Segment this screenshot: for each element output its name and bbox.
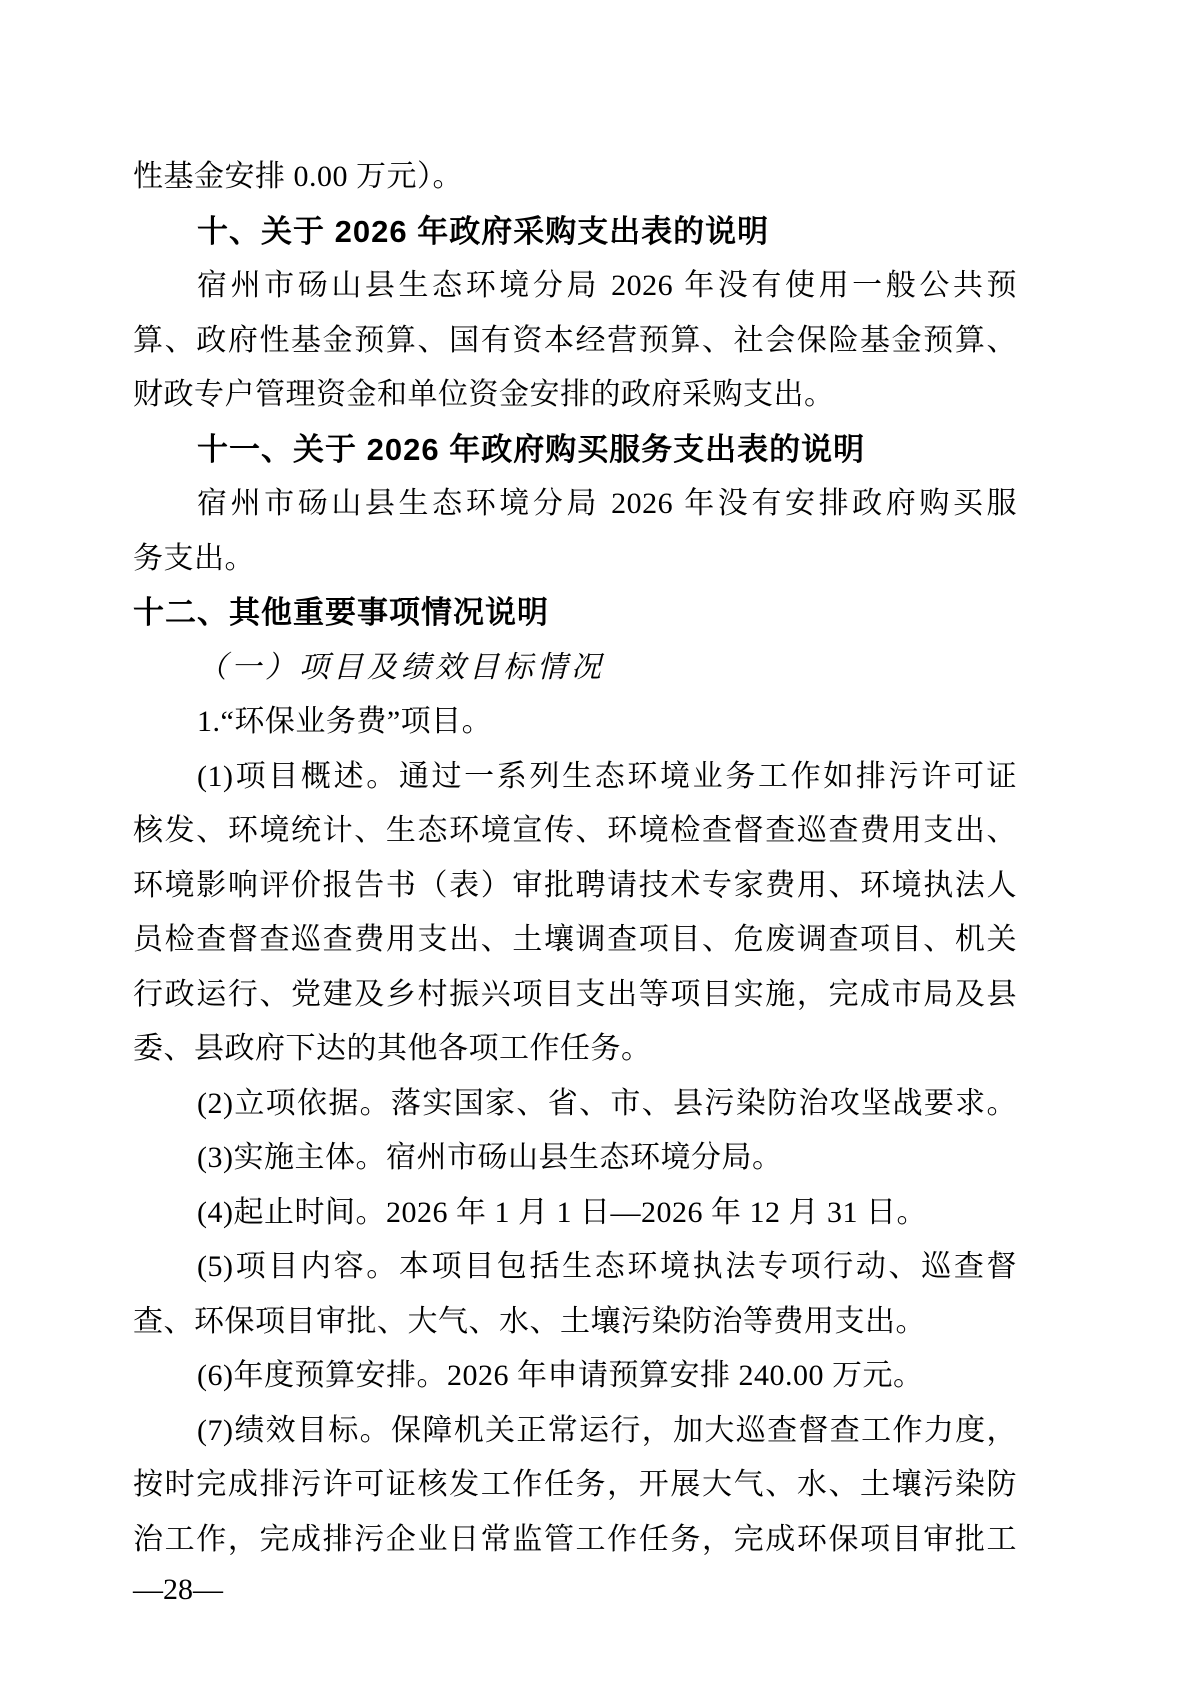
paragraph-line: 查、环保项目审批、大气、水、土壤污染防治等费用支出。 — [133, 1295, 1017, 1350]
document-page: 性基金安排 0.00 万元）。十、关于 2026 年政府采购支出表的说明宿州市砀… — [0, 0, 1190, 1683]
paragraph-line: (7)绩效目标。保障机关正常运行，加大巡查督查工作力度， — [133, 1404, 1017, 1459]
paragraph-line: 员检查督查巡查费用支出、土壤调查项目、危废调查项目、机关 — [133, 913, 1017, 968]
paragraph-line: (5)项目内容。本项目包括生态环境执法专项行动、巡查督 — [133, 1240, 1017, 1295]
paragraph-line: 宿州市砀山县生态环境分局 2026 年没有使用一般公共预 — [133, 259, 1017, 314]
paragraph-line: 核发、环境统计、生态环境宣传、环境检查督查巡查费用支出、 — [133, 804, 1017, 859]
paragraph-line: 行政运行、党建及乡村振兴项目支出等项目实施，完成市局及县 — [133, 968, 1017, 1023]
paragraph-line: (2)立项依据。落实国家、省、市、县污染防治攻坚战要求。 — [133, 1077, 1017, 1132]
paragraph-line: 性基金安排 0.00 万元）。 — [133, 150, 1017, 205]
paragraph-line: 环境影响评价报告书（表）审批聘请技术专家费用、环境执法人 — [133, 859, 1017, 914]
paragraph-line: (3)实施主体。宿州市砀山县生态环境分局。 — [133, 1131, 1017, 1186]
paragraph-line: 财政专户管理资金和单位资金安排的政府采购支出。 — [133, 368, 1017, 423]
paragraph-line: 宿州市砀山县生态环境分局 2026 年没有安排政府购买服 — [133, 477, 1017, 532]
paragraph-line: (6)年度预算安排。2026 年申请预算安排 240.00 万元。 — [133, 1349, 1017, 1404]
subsection-heading: （一）项目及绩效目标情况 — [133, 641, 1017, 696]
paragraph-line: (4)起止时间。2026 年 1 月 1 日—2026 年 12 月 31 日。 — [133, 1186, 1017, 1241]
page-number: —28— — [133, 1563, 223, 1618]
text-block: 性基金安排 0.00 万元）。十、关于 2026 年政府采购支出表的说明宿州市砀… — [133, 150, 1017, 1567]
section-heading-11: 十一、关于 2026 年政府购买服务支出表的说明 — [133, 423, 1017, 478]
paragraph-line: 按时完成排污许可证核发工作任务，开展大气、水、土壤污染防 — [133, 1458, 1017, 1513]
paragraph-line: (1)项目概述。通过一系列生态环境业务工作如排污许可证 — [133, 750, 1017, 805]
section-heading-12: 十二、其他重要事项情况说明 — [133, 586, 1017, 641]
paragraph-line: 委、县政府下达的其他各项工作任务。 — [133, 1022, 1017, 1077]
section-heading-10: 十、关于 2026 年政府采购支出表的说明 — [133, 205, 1017, 260]
paragraph-line: 治工作，完成排污企业日常监管工作任务，完成环保项目审批工 — [133, 1513, 1017, 1568]
item-heading: 1.“环保业务费”项目。 — [133, 695, 1017, 750]
paragraph-line: 务支出。 — [133, 532, 1017, 587]
paragraph-line: 算、政府性基金预算、国有资本经营预算、社会保险基金预算、 — [133, 314, 1017, 369]
